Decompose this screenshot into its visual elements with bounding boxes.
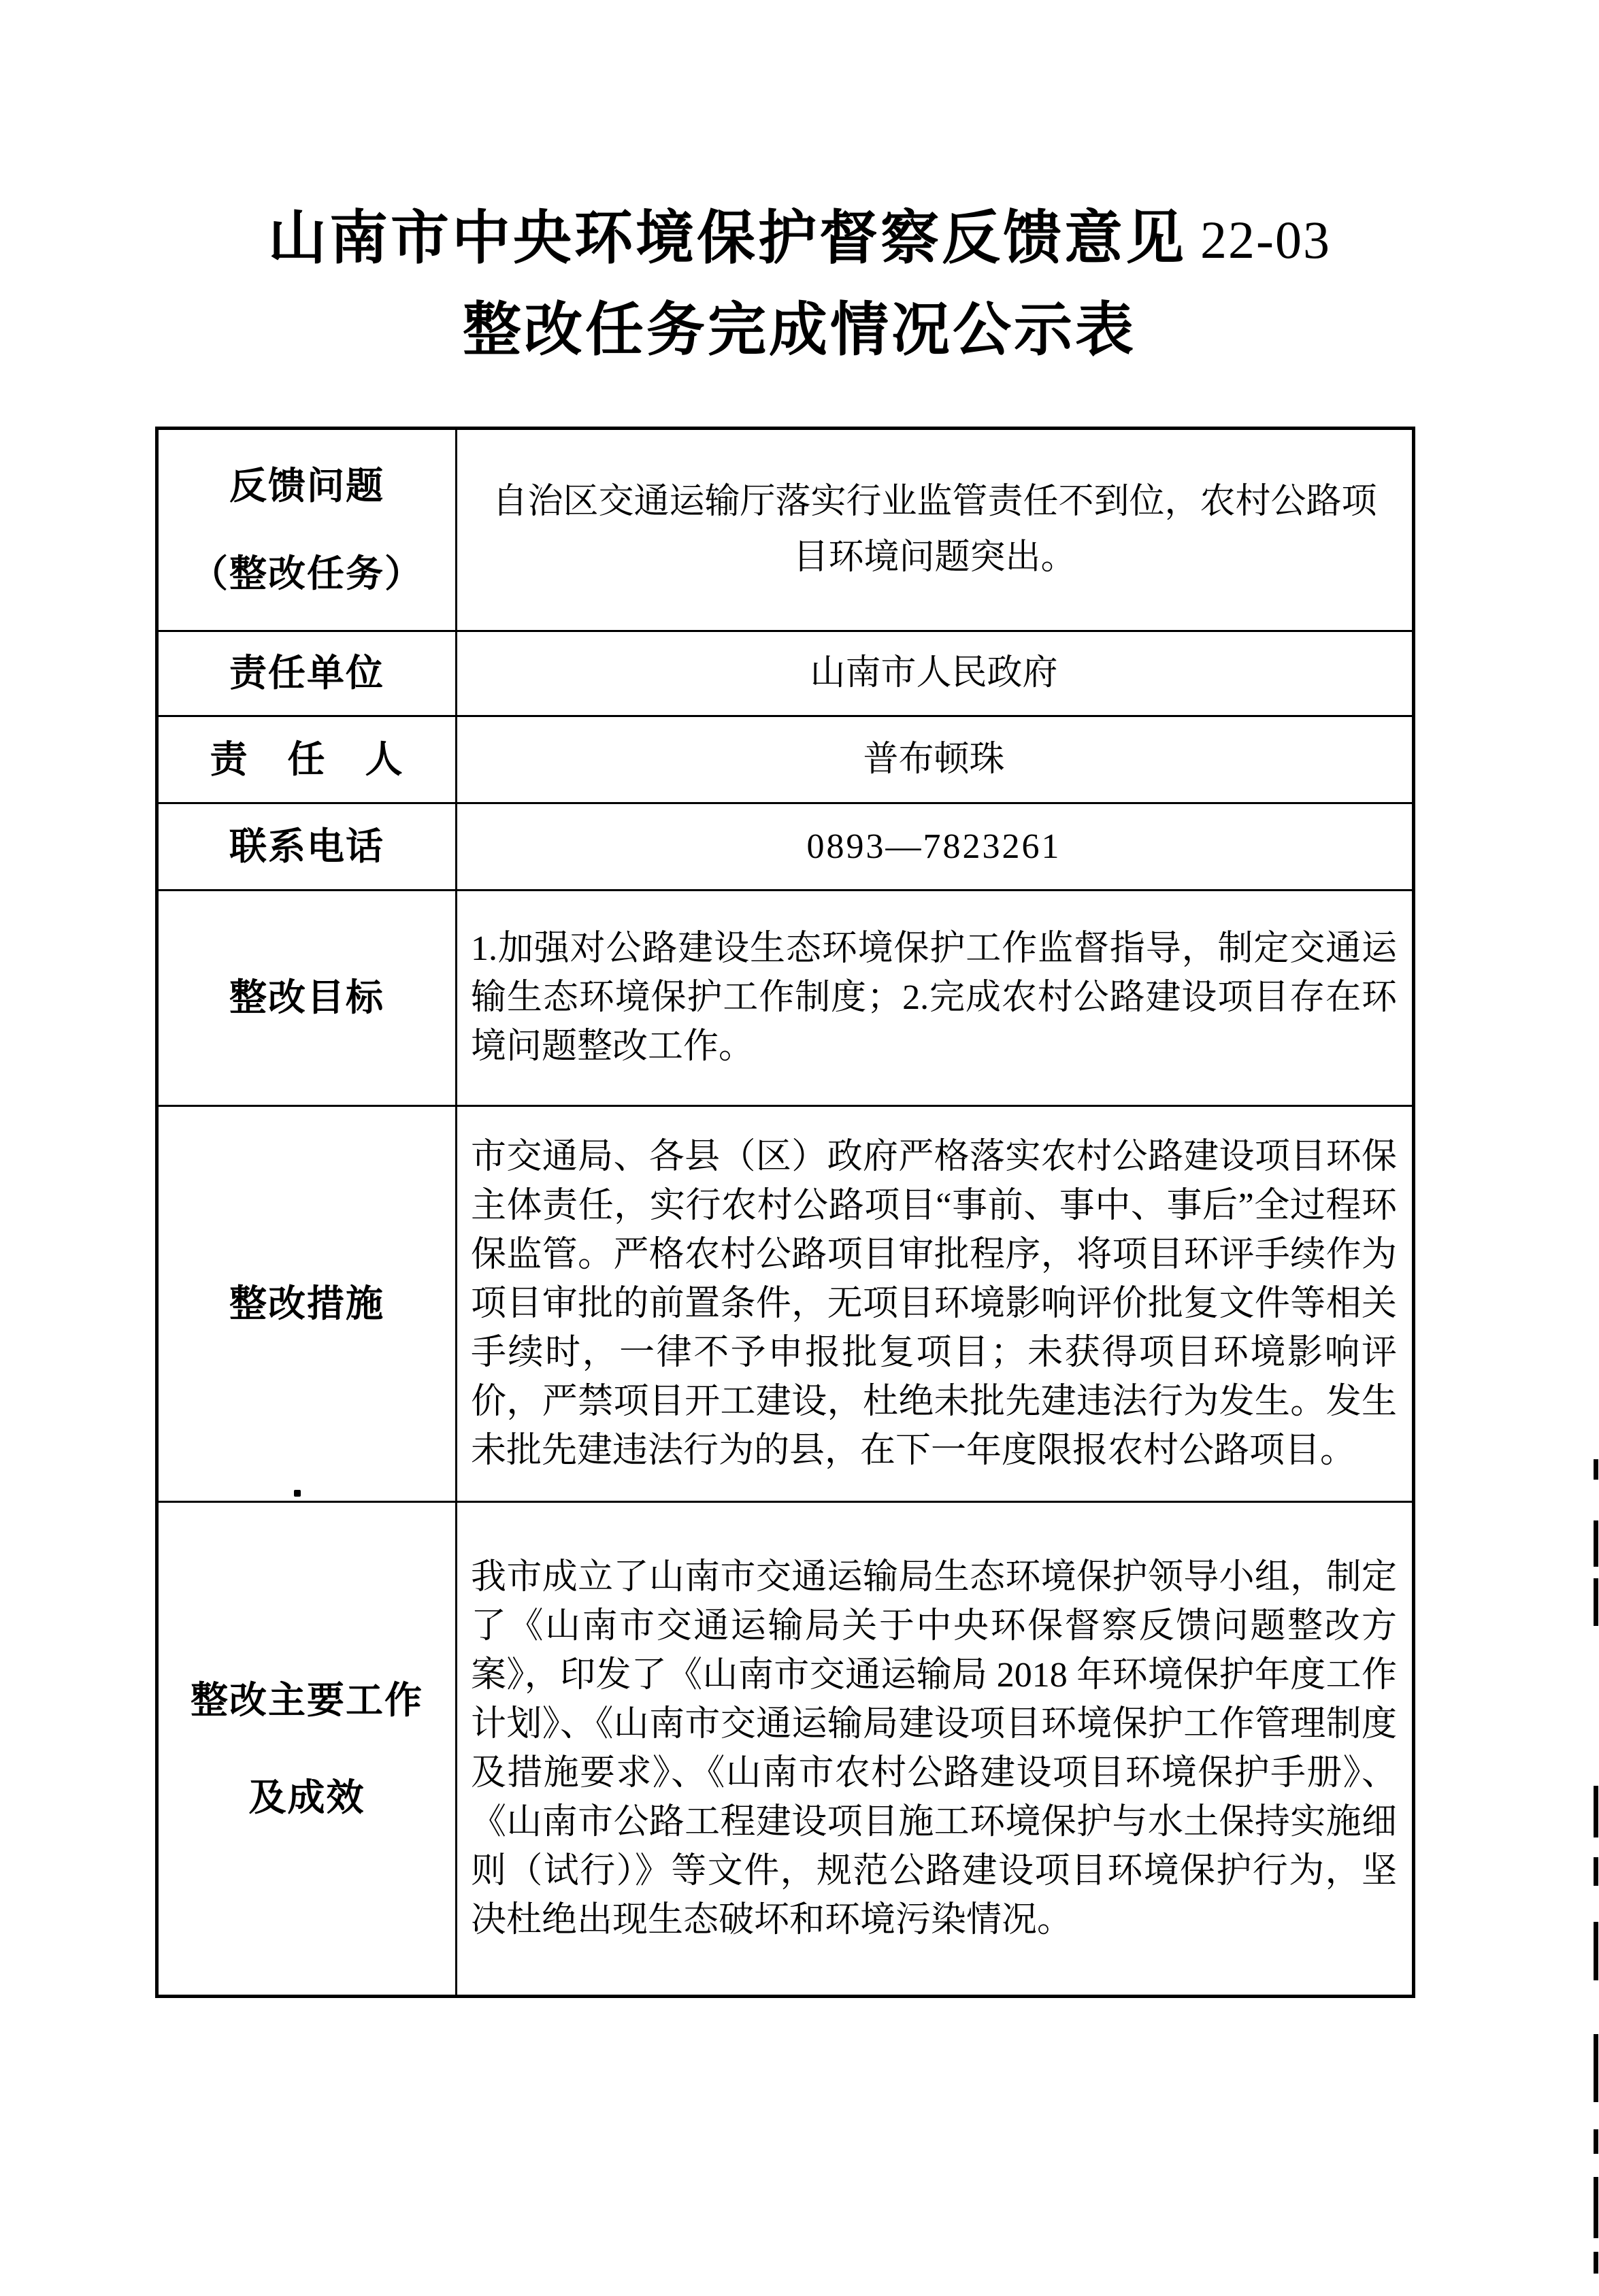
row-label-responsible-unit: 责任单位 bbox=[157, 631, 457, 716]
label-line-1: 联系电话 bbox=[164, 817, 450, 877]
row-value-contact-phone: 0893—7823261 bbox=[457, 803, 1414, 891]
scan-edge-artifact bbox=[1594, 2177, 1598, 2238]
row-label-responsible-person: 责 任 人 bbox=[157, 716, 457, 803]
scan-edge-artifact bbox=[1594, 1459, 1598, 1480]
scan-edge-artifact bbox=[1594, 2129, 1598, 2154]
row-value-feedback-issue: 自治区交通运输厅落实行业监管责任不到位，农村公路项目环境问题突出。 bbox=[457, 429, 1414, 631]
scan-speck bbox=[294, 1490, 301, 1497]
table-row-rectification-goal: 整改目标 1.加强对公路建设生态环境保护工作监督指导，制定交通运输生态环境保护工… bbox=[157, 891, 1414, 1106]
row-value-responsible-person: 普布顿珠 bbox=[457, 716, 1414, 803]
label-line-1: 整改主要工作 bbox=[164, 1652, 450, 1749]
table-row-responsible-person: 责 任 人 普布顿珠 bbox=[157, 716, 1414, 803]
scan-edge-artifact bbox=[1594, 1520, 1598, 1567]
label-line-1: 整改措施 bbox=[164, 1274, 450, 1334]
table-row-contact-phone: 联系电话 0893—7823261 bbox=[157, 803, 1414, 891]
row-value-rectification-measures: 市交通局、各县（区）政府严格落实农村公路建设项目环保主体责任，实行农村公路项目“… bbox=[457, 1106, 1414, 1502]
label-line-1: 整改目标 bbox=[164, 968, 450, 1028]
title-text-cn: 山南市中央环境保护督察反馈意见 bbox=[268, 205, 1187, 271]
label-line-2: 及成效 bbox=[164, 1749, 450, 1846]
document-title-line1: 山南市中央环境保护督察反馈意见22-03 bbox=[0, 193, 1599, 285]
label-line-1: 责 任 人 bbox=[164, 730, 450, 790]
row-label-rectification-goal: 整改目标 bbox=[157, 891, 457, 1106]
label-line-1: 反馈问题 bbox=[164, 442, 450, 530]
scan-edge-artifact bbox=[1594, 1922, 1598, 1980]
table-row-main-work-results: 整改主要工作 及成效 我市成立了山南市交通运输局生态环境保护领导小组，制定了《山… bbox=[157, 1502, 1414, 1997]
scan-edge-artifact bbox=[1594, 1578, 1598, 1626]
scan-edge-artifact bbox=[1594, 1857, 1598, 1886]
table-row-rectification-measures: 整改措施 市交通局、各县（区）政府严格落实农村公路建设项目环保主体责任，实行农村… bbox=[157, 1106, 1414, 1502]
row-label-rectification-measures: 整改措施 bbox=[157, 1106, 457, 1502]
scanned-document-page: { "document": { "title_cn": "山南市中央环境保护督察… bbox=[0, 0, 1599, 2296]
scan-edge-artifact bbox=[1594, 2034, 1598, 2102]
document-title: 山南市中央环境保护督察反馈意见22-03 整改任务完成情况公示表 bbox=[0, 193, 1599, 375]
row-value-main-work-results: 我市成立了山南市交通运输局生态环境保护领导小组，制定了《山南市交通运输局关于中央… bbox=[457, 1502, 1414, 1997]
label-line-1: 责任单位 bbox=[164, 644, 450, 703]
row-label-feedback-issue: 反馈问题 （整改任务） bbox=[157, 429, 457, 631]
notice-table: 反馈问题 （整改任务） 自治区交通运输厅落实行业监管责任不到位，农村公路项目环境… bbox=[155, 427, 1415, 1998]
document-title-line2: 整改任务完成情况公示表 bbox=[0, 285, 1599, 375]
scan-edge-artifact bbox=[1594, 2252, 1598, 2274]
table-row-responsible-unit: 责任单位 山南市人民政府 bbox=[157, 631, 1414, 716]
title-number: 22-03 bbox=[1200, 210, 1331, 269]
row-value-responsible-unit: 山南市人民政府 bbox=[457, 631, 1414, 716]
label-line-2: （整改任务） bbox=[164, 530, 450, 618]
row-label-main-work-results: 整改主要工作 及成效 bbox=[157, 1502, 457, 1997]
row-value-rectification-goal: 1.加强对公路建设生态环境保护工作监督指导，制定交通运输生态环境保护工作制度；2… bbox=[457, 891, 1414, 1106]
table-row-feedback-issue: 反馈问题 （整改任务） 自治区交通运输厅落实行业监管责任不到位，农村公路项目环境… bbox=[157, 429, 1414, 631]
scan-edge-artifact bbox=[1594, 1786, 1598, 1837]
row-label-contact-phone: 联系电话 bbox=[157, 803, 457, 891]
